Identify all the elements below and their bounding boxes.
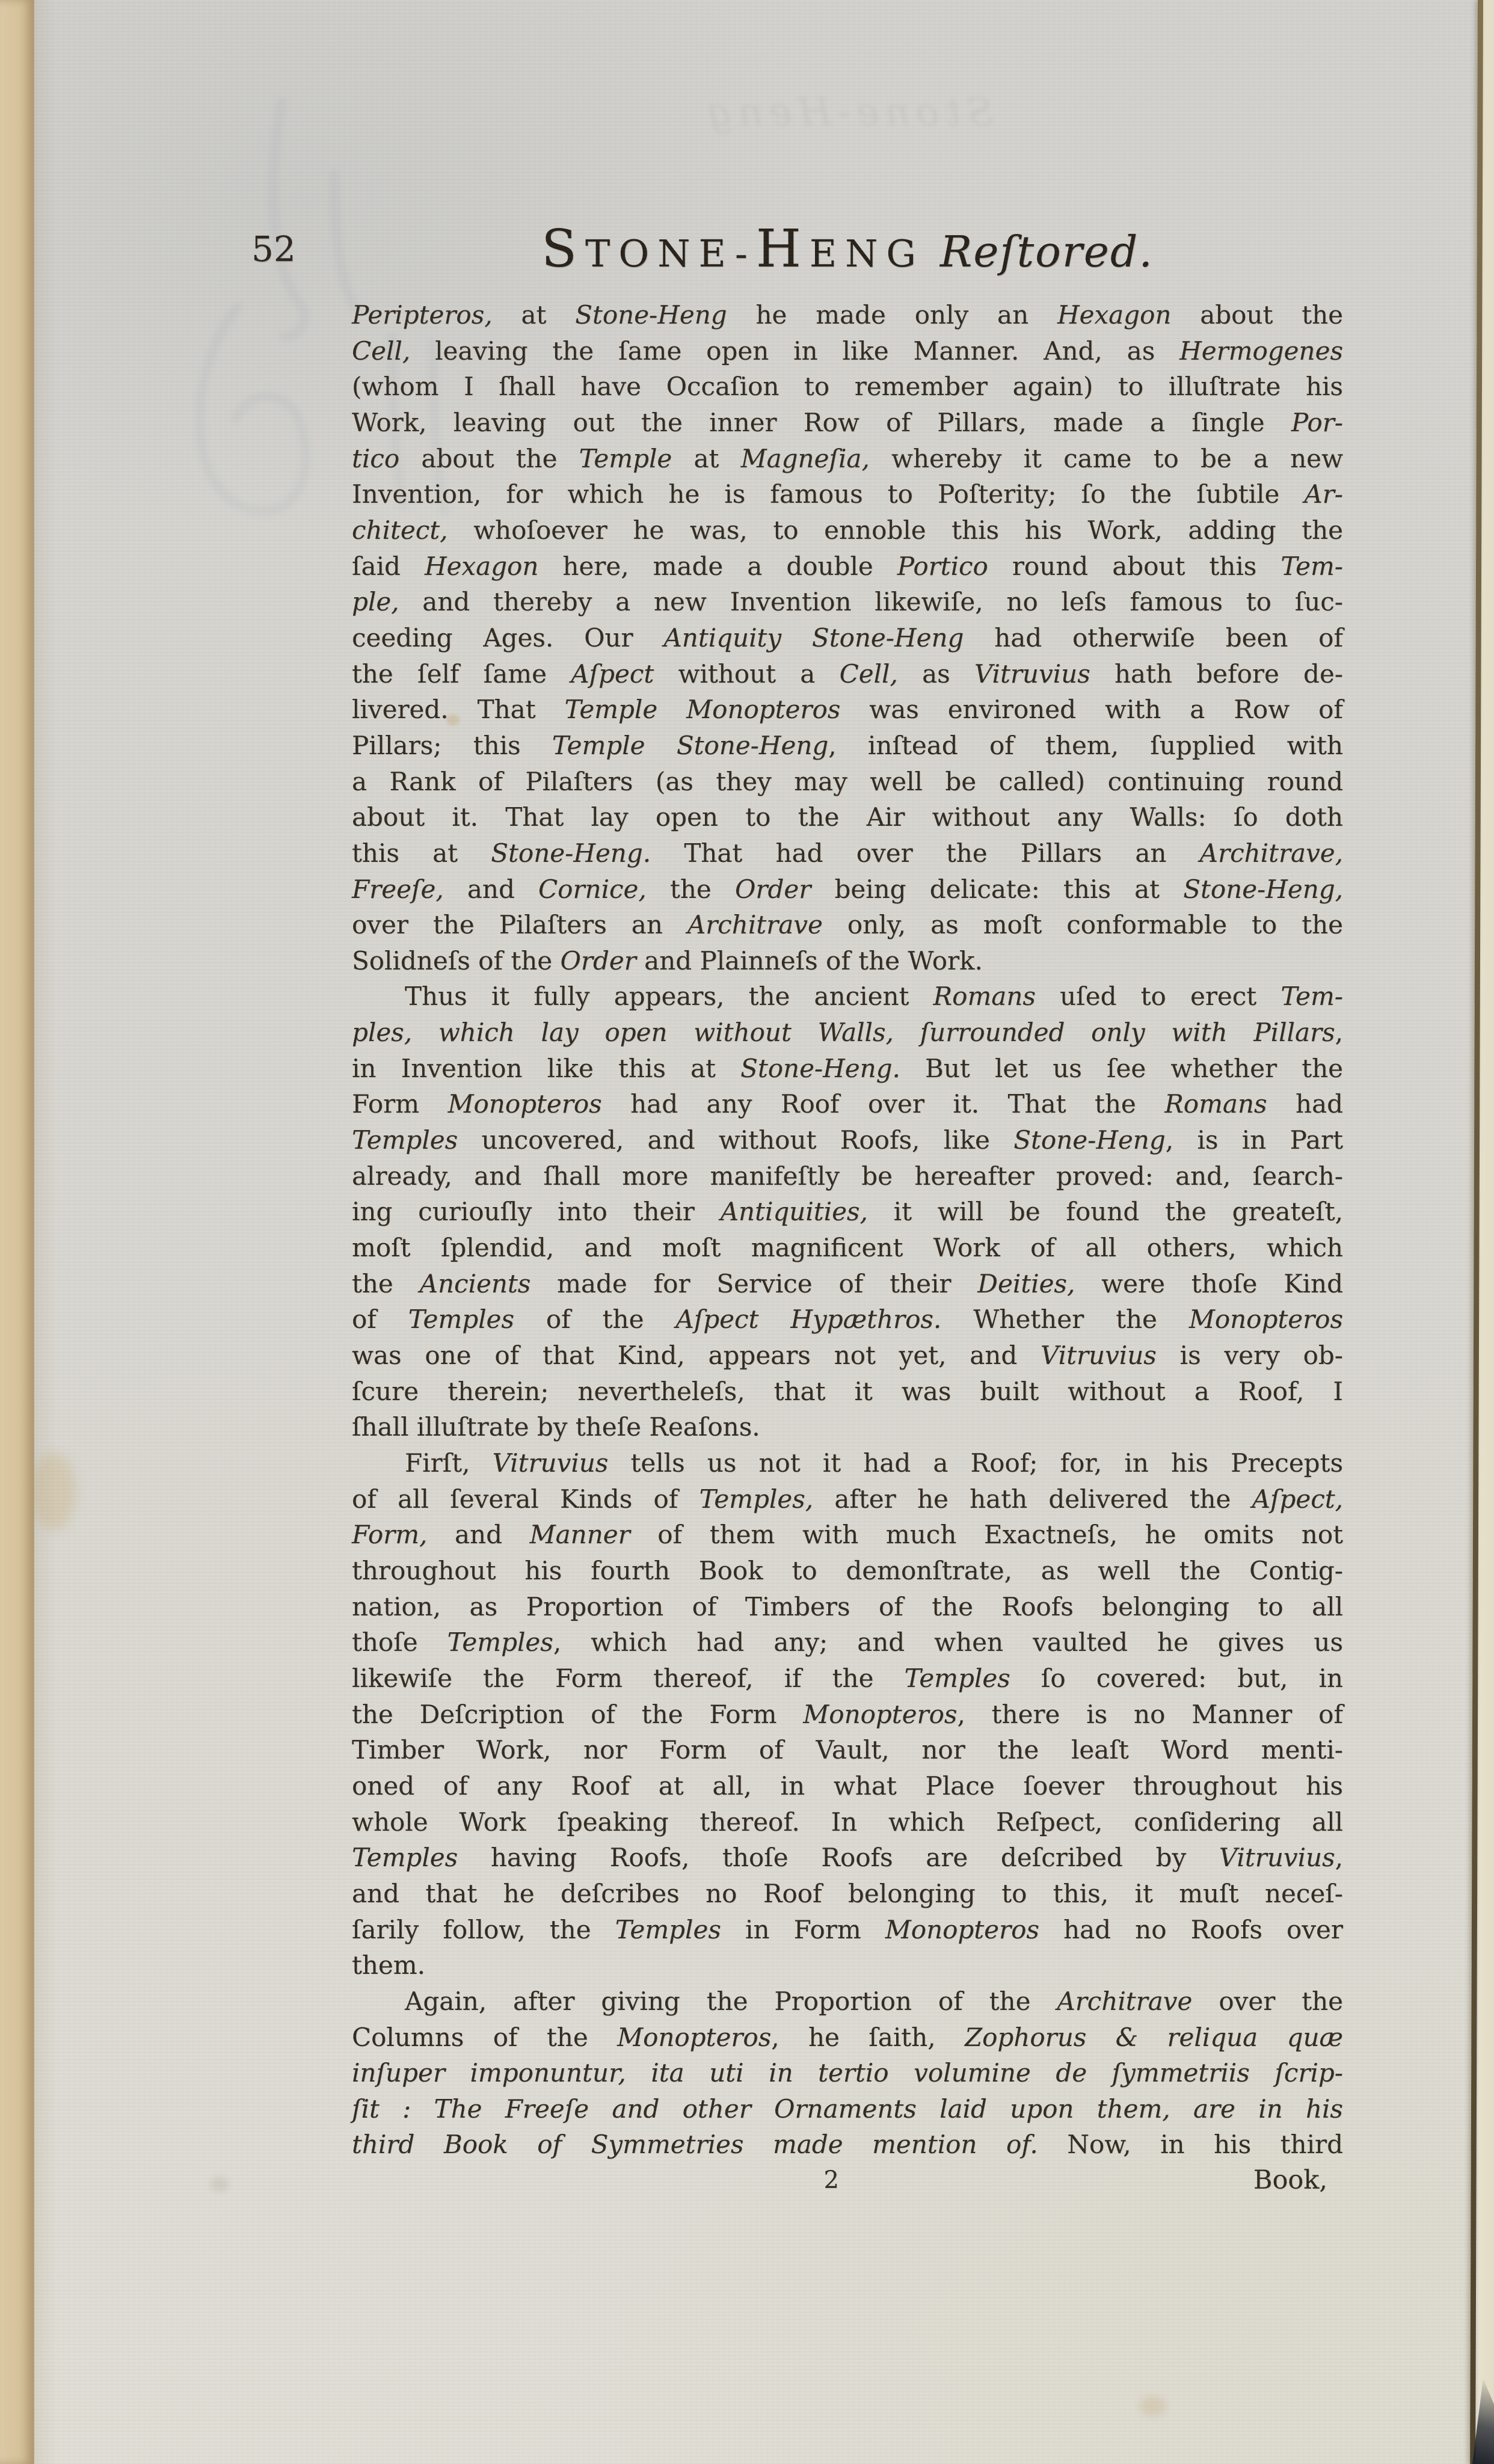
italic-text-segment: Temple (579, 444, 672, 473)
text-line: Temples having Roofs, thoſe Roofs are de… (352, 1840, 1343, 1876)
italic-text-segment: Stone-Heng. (491, 838, 651, 868)
text-line: ſcure therein; nevertheleſs, that it was… (352, 1374, 1343, 1410)
title-small-caps: ENG (810, 232, 924, 275)
roman-text-segment: having Roofs, thoſe Roofs are deſcribed … (458, 1843, 1219, 1872)
text-line: ſit : The Freeſe and other Ornaments lai… (352, 2091, 1343, 2127)
italic-text-segment: Aſpect Hypæthros. (675, 1304, 941, 1334)
roman-text-segment: of (352, 1304, 408, 1334)
roman-text-segment: , inſtead of them, ſupplied with (828, 731, 1343, 760)
roman-text-segment: ſaid (352, 551, 425, 581)
roman-text-segment: ſcure therein; nevertheleſs, that it was… (352, 1377, 1343, 1406)
roman-text-segment: and Plainneſs of the Work. (636, 946, 983, 975)
body-text: Peripteros, at Stone-Heng he made only a… (352, 297, 1343, 2199)
roman-text-segment: and (444, 874, 538, 904)
text-line: Again, after giving the Proportion of th… (352, 1983, 1343, 2020)
roman-text-segment: he made only an (727, 300, 1057, 330)
text-line: in Invention like this at Stone-Heng. Bu… (352, 1051, 1343, 1087)
text-line: Peripteros, at Stone-Heng he made only a… (352, 297, 1343, 333)
italic-text-segment: Form, (352, 1520, 427, 1549)
italic-text-segment: Temples (905, 1664, 1010, 1693)
roman-text-segment: whoſoever he was, to ennoble this his Wo… (448, 515, 1344, 545)
italic-text-segment: Stone-Heng (575, 300, 727, 330)
italic-text-segment: Temples (447, 1627, 553, 1657)
italic-text-segment: Vitruvius (1219, 1843, 1335, 1872)
italic-text-segment: ples, which lay open without Walls, ſurr… (352, 1018, 1335, 1047)
text-line: the ſelf ſame Aſpect without a Cell, as … (352, 656, 1343, 692)
italic-text-segment: Vitruvius (974, 659, 1090, 689)
text-line: ceeding Ages. Our Antiquity Stone-Heng h… (352, 620, 1343, 656)
italic-text-segment: Hexagon (1057, 300, 1171, 330)
italic-text-segment: Aſpect, (1252, 1484, 1343, 1514)
text-line: whole Work ſpeaking thereof. In which Re… (352, 1804, 1343, 1840)
text-line: the Deſcription of the Form Monopteros, … (352, 1697, 1343, 1733)
roman-text-segment: Work, leaving out the inner Row of Pilla… (352, 408, 1291, 437)
italic-text-segment: Temples (615, 1915, 721, 1944)
italic-text-segment: Por- (1291, 408, 1343, 437)
italic-text-segment: Cell, (352, 336, 410, 366)
roman-text-segment: about it. That lay open to the Air witho… (352, 802, 1343, 832)
roman-text-segment: here, made a double (538, 551, 897, 581)
roman-text-segment: moſt ſplendid, and moſt magnificent Work… (352, 1233, 1343, 1262)
text-line: (whom I ſhall have Occaſion to remember … (352, 369, 1343, 405)
text-line: Work, leaving out the inner Row of Pilla… (352, 405, 1343, 441)
italic-text-segment: Hermogenes (1179, 336, 1343, 366)
roman-text-segment: already, and ſhall more manifeſtly be he… (352, 1161, 1343, 1191)
roman-text-segment: ſo covered: but, in (1010, 1664, 1343, 1693)
roman-text-segment: after he hath delivered the (813, 1484, 1252, 1514)
roman-text-segment: of the (514, 1304, 675, 1334)
text-line: was one of that Kind, appears not yet, a… (352, 1338, 1343, 1374)
roman-text-segment: That had over the Pillars an (651, 838, 1200, 868)
roman-text-segment: likewiſe the Form thereof, if the (352, 1664, 905, 1693)
text-line: Cell, leaving the ſame open in like Mann… (352, 333, 1343, 369)
italic-text-segment: Order (560, 946, 636, 975)
roman-text-segment: uſed to erect (1036, 982, 1280, 1011)
text-line: ſhall illuſtrate by theſe Reaſons. (352, 1409, 1343, 1445)
italic-text-segment: Deities, (977, 1269, 1075, 1298)
italic-text-segment: tico (352, 444, 399, 473)
roman-text-segment: Timber Work, nor Form of Vault, nor the … (352, 1735, 1343, 1765)
italic-text-segment: Temples (408, 1304, 514, 1334)
roman-text-segment: at (672, 444, 740, 473)
italic-text-segment: Aſpect (571, 659, 654, 689)
italic-text-segment: Magneſia, (741, 444, 870, 473)
paper-stain (211, 2177, 229, 2192)
text-line: over the Pilaſters an Architrave only, a… (352, 907, 1343, 943)
roman-text-segment: oned of any Roof at all, in what Place ſ… (352, 1771, 1343, 1801)
text-line: Columns of the Monopteros, he ſaith, Zop… (352, 2020, 1343, 2056)
italic-text-segment: Portico (897, 551, 988, 581)
text-line: ſaid Hexagon here, made a double Portico… (352, 548, 1343, 585)
text-line: Freeſe, and Cornice, the Order being del… (352, 871, 1343, 908)
text-line: them. (352, 1947, 1343, 1983)
roman-text-segment: leaving the ſame open in like Manner. An… (410, 336, 1179, 366)
roman-text-segment: nation, as Proportion of Timbers of the … (352, 1592, 1343, 1621)
text-line: Thus it fully appears, the ancient Roman… (352, 979, 1343, 1015)
roman-text-segment: tells us not it had a Roof; for, in his … (608, 1448, 1343, 1478)
roman-text-segment: about the (1171, 300, 1343, 330)
book-page-scan: Stone-Heng 52 STONE-HENGReſtored. Peript… (0, 0, 1494, 2464)
roman-text-segment: the ſelf ſame (352, 659, 571, 689)
roman-text-segment: uncovered, and without Roofs, like (458, 1125, 1013, 1155)
italic-text-segment: Vitruvius (493, 1448, 609, 1478)
paper-stain (1140, 2397, 1166, 2416)
roman-text-segment: a Rank of Pilaſters (as they may well be… (352, 767, 1343, 796)
text-line: of all ſeveral Kinds of Temples, after h… (352, 1481, 1343, 1517)
roman-text-segment: Invention, for which he is famous to Poſ… (352, 479, 1304, 509)
roman-text-segment: and that he deſcribes no Roof belonging … (352, 1879, 1343, 1908)
italic-text-segment: Zophorus & reliqua quæ (965, 2023, 1343, 2052)
roman-text-segment: the (647, 874, 735, 904)
roman-text-segment: and thereby a new Invention likewiſe, no… (399, 587, 1343, 616)
roman-text-segment: whereby it came to be a new (870, 444, 1343, 473)
roman-text-segment: only, as moſt conformable to the (823, 910, 1343, 939)
roman-text-segment: the (352, 1269, 420, 1298)
text-line: this at Stone-Heng. That had over the Pi… (352, 835, 1343, 871)
italic-text-segment: Temple Stone-Heng (552, 731, 828, 760)
roman-text-segment: , there is no Manner of (957, 1700, 1343, 1729)
text-line: Solidneſs of the Order and Plainneſs of … (352, 943, 1343, 979)
text-line: Form, and Manner of them with much Exact… (352, 1517, 1343, 1553)
italic-text-segment: Antiquity Stone-Heng (663, 623, 964, 653)
roman-text-segment: Now, in his third (1038, 2130, 1343, 2159)
roman-text-segment: Again, after giving the Proportion of th… (405, 1986, 1057, 2016)
roman-text-segment: Solidneſs of the (352, 946, 560, 975)
roman-text-segment: Pillars; this (352, 731, 552, 760)
text-line: tico about the Temple at Magneſia, where… (352, 441, 1343, 477)
roman-text-segment: throughout his fourth Book to demonſtrat… (352, 1556, 1343, 1585)
text-line: Timber Work, nor Form of Vault, nor the … (352, 1732, 1343, 1768)
italic-text-segment: Romans (933, 982, 1036, 1011)
text-line: and that he deſcribes no Roof belonging … (352, 1876, 1343, 1912)
roman-text-segment: and (427, 1520, 529, 1549)
italic-text-segment: ſit : The Freeſe and other Ornaments lai… (352, 2094, 1343, 2124)
roman-text-segment: Thus it fully appears, the ancient (405, 982, 933, 1011)
italic-text-segment: third Book of Symmetries made mention of… (352, 2130, 1038, 2159)
text-line: nation, as Proportion of Timbers of the … (352, 1589, 1343, 1625)
title-small-caps: TONE (585, 232, 735, 275)
text-line: Form Monopteros had any Roof over it. Th… (352, 1086, 1343, 1122)
roman-text-segment: , which had any; and when vaulted he giv… (553, 1627, 1343, 1657)
roman-text-segment: , is in Part (1166, 1125, 1343, 1155)
text-line: ple, and thereby a new Invention likewiſ… (352, 584, 1343, 620)
roman-text-segment: the Deſcription of the Form (352, 1700, 803, 1729)
italic-text-segment: Stone-Heng. (740, 1054, 900, 1083)
roman-text-segment: Firſt, (405, 1448, 493, 1478)
italic-text-segment: inſuper imponuntur, ita uti in tertio vo… (352, 2058, 1343, 2088)
roman-text-segment: over the Pilaſters an (352, 910, 687, 939)
text-line: Invention, for which he is famous to Poſ… (352, 476, 1343, 512)
italic-text-segment: Cell, (840, 659, 898, 689)
text-line: third Book of Symmetries made mention of… (352, 2127, 1343, 2163)
page-number: 52 (251, 218, 296, 280)
roman-text-segment: livered. That (352, 695, 565, 724)
roman-text-segment: it will be found the greateſt, (868, 1197, 1343, 1226)
text-line: of Temples of the Aſpect Hypæthros. Whet… (352, 1301, 1343, 1338)
roman-text-segment: ſarily follow, the (352, 1915, 615, 1944)
roman-text-segment: hath before de- (1090, 659, 1343, 689)
text-line: a Rank of Pilaſters (as they may well be… (352, 764, 1343, 800)
roman-text-segment: , (1335, 1843, 1343, 1872)
roman-text-segment: ſhall illuſtrate by theſe Reaſons. (352, 1412, 760, 1442)
italic-text-segment: Vitruvius (1041, 1341, 1157, 1370)
roman-text-segment: (whom I ſhall have Occaſion to remember … (352, 372, 1343, 401)
italic-text-segment: Monopteros (448, 1089, 602, 1119)
italic-text-segment: Freeſe, (352, 874, 444, 904)
roman-text-segment: Form (352, 1089, 448, 1119)
roman-text-segment: thoſe (352, 1627, 447, 1657)
text-line: moſt ſplendid, and moſt magnificent Work… (352, 1230, 1343, 1266)
italic-text-segment: Architrave (1057, 1986, 1192, 2016)
text-line: already, and ſhall more manifeſtly be he… (352, 1158, 1343, 1194)
italic-text-segment: Temples (352, 1125, 458, 1155)
italic-text-segment: Monopteros (617, 2023, 771, 2052)
italic-text-segment: Temples (352, 1843, 458, 1872)
italic-text-segment: Temple Monopteros (565, 695, 841, 724)
text-line: Pillars; this Temple Stone-Heng, inſtead… (352, 728, 1343, 764)
roman-text-segment: round about this (988, 551, 1281, 581)
italic-text-segment: Tem- (1280, 982, 1343, 1011)
catchword-row: 2Book, (352, 2163, 1343, 2199)
text-line: the Ancients made for Service of their D… (352, 1266, 1343, 1302)
italic-text-segment: Ar- (1304, 479, 1343, 509)
italic-text-segment: chitect, (352, 515, 448, 545)
roman-text-segment: of them with much Exactneſs, he omits no… (630, 1520, 1343, 1549)
roman-text-segment: was one of that Kind, appears not yet, a… (352, 1341, 1041, 1370)
roman-text-segment: over the (1192, 1986, 1343, 2016)
left-page-edge (0, 0, 34, 2464)
roman-text-segment: of all ſeveral Kinds of (352, 1484, 699, 1514)
roman-text-segment: , (1335, 1018, 1343, 1047)
title-initial-h: H (756, 219, 810, 279)
italic-text-segment: Tem- (1280, 551, 1343, 581)
title-initial-s: S (541, 219, 585, 279)
italic-text-segment: Stone-Heng, (1183, 874, 1343, 904)
italic-text-segment: Stone-Heng (1013, 1125, 1165, 1155)
roman-text-segment: Columns of the (352, 2023, 617, 2052)
italic-text-segment: Monopteros (803, 1700, 957, 1729)
italic-text-segment: Romans (1164, 1089, 1267, 1119)
text-line: likewiſe the Form thereof, if the Temple… (352, 1661, 1343, 1697)
italic-text-segment: Antiquities, (721, 1197, 868, 1226)
text-line: livered. That Temple Monopteros was envi… (352, 692, 1343, 728)
roman-text-segment: ing curiouſly into their (352, 1197, 721, 1226)
roman-text-segment: had (1267, 1089, 1343, 1119)
roman-text-segment: in Form (721, 1915, 885, 1944)
italic-text-segment: Monopteros (885, 1915, 1039, 1944)
roman-text-segment: being delicate: this at (811, 874, 1183, 904)
text-line: about it. That lay open to the Air witho… (352, 799, 1343, 835)
roman-text-segment: was environed with a Row of (840, 695, 1343, 724)
page-header: 52 STONE-HENGReſtored. (0, 218, 1494, 284)
roman-text-segment: , he ſaith, (771, 2023, 965, 2052)
title-italic-word: Reſtored. (940, 227, 1154, 277)
italic-text-segment: Architrave, (1200, 838, 1343, 868)
italic-text-segment: Temples, (699, 1484, 814, 1514)
roman-text-segment: were thoſe Kind (1075, 1269, 1343, 1298)
italic-text-segment: Peripteros, (352, 300, 493, 330)
text-line: chitect, whoſoever he was, to ennoble th… (352, 512, 1343, 548)
roman-text-segment: ceeding Ages. Our (352, 623, 663, 653)
roman-text-segment: as (898, 659, 974, 689)
signature-mark: 2 (823, 2163, 838, 2199)
running-title-caps: STONE-HENG (541, 257, 924, 269)
text-line: oned of any Roof at all, in what Place ſ… (352, 1768, 1343, 1804)
italic-text-segment: Cornice, (538, 874, 647, 904)
roman-text-segment: in Invention like this at (352, 1054, 740, 1083)
text-line: thoſe Temples, which had any; and when v… (352, 1624, 1343, 1661)
italic-text-segment: Monopteros (1189, 1304, 1343, 1334)
title-hyphen: - (735, 232, 756, 275)
roman-text-segment: made for Service of their (530, 1269, 977, 1298)
catchword: Book, (1253, 2163, 1327, 2199)
running-title: STONE-HENGReſtored. (352, 218, 1343, 295)
italic-text-segment: Architrave (687, 910, 823, 939)
roman-text-segment: had any Roof over it. That the (602, 1089, 1165, 1119)
showthrough-ghost-text: Stone-Heng (352, 90, 1343, 135)
text-line: ſarily follow, the Temples in Form Monop… (352, 1912, 1343, 1948)
roman-text-segment: whole Work ſpeaking thereof. In which Re… (352, 1807, 1343, 1837)
roman-text-segment: had no Roofs over (1039, 1915, 1343, 1944)
italic-text-segment: ple, (352, 587, 399, 616)
italic-text-segment: Manner (530, 1520, 630, 1549)
roman-text-segment: about the (399, 444, 579, 473)
text-line: ing curiouſly into their Antiquities, it… (352, 1194, 1343, 1230)
roman-text-segment: at (493, 300, 576, 330)
italic-text-segment: Hexagon (425, 551, 538, 581)
roman-text-segment: But let us ſee whether the (900, 1054, 1343, 1083)
left-edge-shadow (34, 0, 57, 2464)
italic-text-segment: Order (735, 874, 811, 904)
roman-text-segment: Whether the (941, 1304, 1189, 1334)
text-line: inſuper imponuntur, ita uti in tertio vo… (352, 2055, 1343, 2091)
roman-text-segment: them. (352, 1950, 425, 1980)
roman-text-segment: is very ob- (1157, 1341, 1343, 1370)
roman-text-segment: without a (654, 659, 839, 689)
text-line: throughout his fourth Book to demonſtrat… (352, 1553, 1343, 1589)
text-line: Firſt, Vitruvius tells us not it had a R… (352, 1445, 1343, 1481)
italic-text-segment: Ancients (420, 1269, 531, 1298)
roman-text-segment: this at (352, 838, 491, 868)
text-line: Temples uncovered, and without Roofs, li… (352, 1122, 1343, 1158)
text-line: ples, which lay open without Walls, ſurr… (352, 1015, 1343, 1051)
roman-text-segment: had otherwiſe been of (964, 623, 1343, 653)
